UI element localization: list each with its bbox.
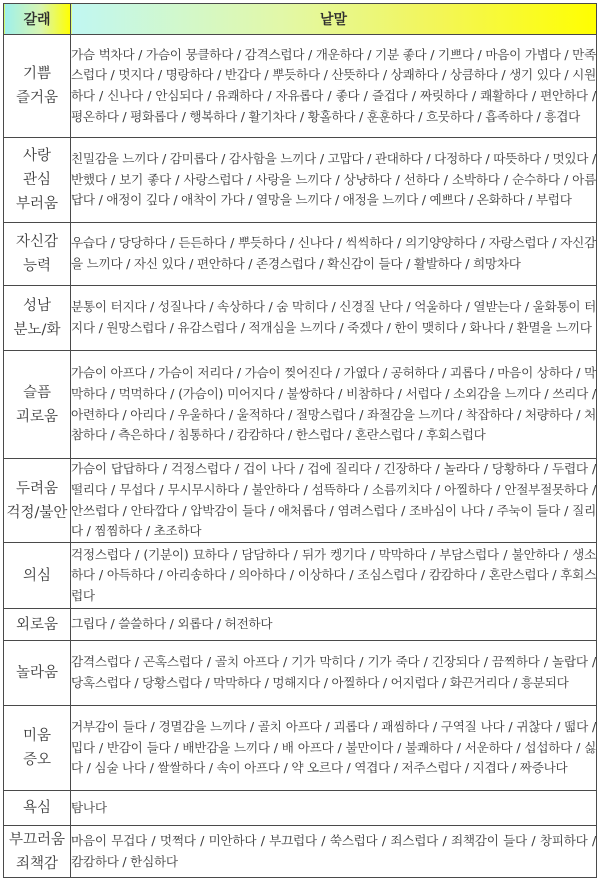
table-row: 욕심 탐나다 — [4, 791, 597, 826]
table-row: 기쁨 즐거움 가슴 벅차다 / 가슴이 뭉클하다 / 감격스럽다 / 개운하다 … — [4, 35, 597, 138]
table-row: 놀라움 감격스럽다 / 곤혹스럽다 / 골치 아프다 / 기가 막히다 / 기가… — [4, 641, 597, 706]
words-cell: 가슴이 아프다 / 가슴이 저리다 / 가슴이 찢어진다 / 가엾다 / 공허하… — [71, 351, 597, 459]
words-cell: 걱정스럽다 / (기분이) 묘하다 / 담담하다 / 뒤가 켕기다 / 막막하다… — [71, 543, 597, 609]
table-row: 부끄러움 죄책감 마음이 무겁다 / 멋쩍다 / 미안하다 / 부끄럽다 / 쑥… — [4, 826, 597, 878]
words-cell: 탐나다 — [71, 791, 597, 826]
words-cell: 가슴이 답답하다 / 걱정스럽다 / 겁이 나다 / 겁에 질리다 / 긴장하다… — [71, 459, 597, 543]
category-cell: 기쁨 즐거움 — [4, 35, 71, 138]
header-words: 낱말 — [71, 4, 597, 35]
category-cell: 슬픔 괴로움 — [4, 351, 71, 459]
emotion-vocabulary-table: 갈래 낱말 기쁨 즐거움 가슴 벅차다 / 가슴이 뭉클하다 / 감격스럽다 /… — [3, 3, 597, 878]
table-row: 의심 걱정스럽다 / (기분이) 묘하다 / 담담하다 / 뒤가 켕기다 / 막… — [4, 543, 597, 609]
words-cell: 가슴 벅차다 / 가슴이 뭉클하다 / 감격스럽다 / 개운하다 / 기분 좋다… — [71, 35, 597, 138]
table-row: 슬픔 괴로움 가슴이 아프다 / 가슴이 저리다 / 가슴이 찢어진다 / 가엾… — [4, 351, 597, 459]
category-cell: 외로움 — [4, 609, 71, 641]
category-cell: 욕심 — [4, 791, 71, 826]
words-cell: 거부감이 들다 / 경멸감을 느끼다 / 골치 아프다 / 괴롭다 / 괘씸하다… — [71, 706, 597, 791]
words-cell: 우습다 / 당당하다 / 든든하다 / 뿌듯하다 / 신나다 / 씩씩하다 / … — [71, 223, 597, 286]
words-cell: 마음이 무겁다 / 멋쩍다 / 미안하다 / 부끄럽다 / 쑥스럽다 / 죄스럽… — [71, 826, 597, 878]
category-cell: 미움 증오 — [4, 706, 71, 791]
table-row: 성남 분노/화 분통이 터지다 / 성질나다 / 속상하다 / 숨 막히다 / … — [4, 286, 597, 351]
words-cell: 분통이 터지다 / 성질나다 / 속상하다 / 숨 막히다 / 신경질 난다 /… — [71, 286, 597, 351]
table-row: 외로움 그립다 / 쓸쓸하다 / 외롭다 / 허전하다 — [4, 609, 597, 641]
table-row: 사랑 관심 부러움 친밀감을 느끼다 / 감미롭다 / 감사함을 느끼다 / 고… — [4, 138, 597, 223]
table-row: 두려움 걱정/불안 가슴이 답답하다 / 걱정스럽다 / 겁이 나다 / 겁에 … — [4, 459, 597, 543]
table-row: 미움 증오 거부감이 들다 / 경멸감을 느끼다 / 골치 아프다 / 괴롭다 … — [4, 706, 597, 791]
words-cell: 친밀감을 느끼다 / 감미롭다 / 감사함을 느끼다 / 고맙다 / 관대하다 … — [71, 138, 597, 223]
category-cell: 사랑 관심 부러움 — [4, 138, 71, 223]
header-row: 갈래 낱말 — [4, 4, 597, 35]
header-category: 갈래 — [4, 4, 71, 35]
table-row: 자신감 능력 우습다 / 당당하다 / 든든하다 / 뿌듯하다 / 신나다 / … — [4, 223, 597, 286]
words-cell: 그립다 / 쓸쓸하다 / 외롭다 / 허전하다 — [71, 609, 597, 641]
category-cell: 의심 — [4, 543, 71, 609]
category-cell: 자신감 능력 — [4, 223, 71, 286]
words-cell: 감격스럽다 / 곤혹스럽다 / 골치 아프다 / 기가 막히다 / 기가 죽다 … — [71, 641, 597, 706]
category-cell: 두려움 걱정/불안 — [4, 459, 71, 543]
category-cell: 놀라움 — [4, 641, 71, 706]
category-cell: 부끄러움 죄책감 — [4, 826, 71, 878]
category-cell: 성남 분노/화 — [4, 286, 71, 351]
